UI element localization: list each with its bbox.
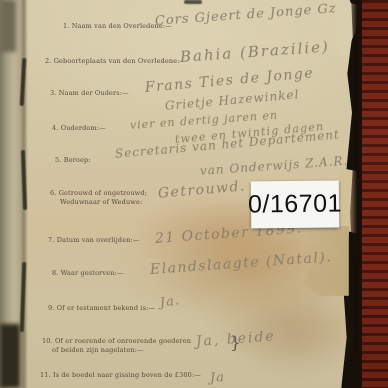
- form-field-label-10: 10. Of er roerende of onroerende goedere…: [42, 338, 191, 345]
- handwritten-estate-answer: Ja: [209, 370, 225, 386]
- form-field-label-5: 5. Beroep:: [55, 157, 91, 164]
- form-field-label-4: 4. Ouderdom:—: [52, 125, 106, 132]
- document-photo: 1. Naam van den Overledene:— 2. Geboorte…: [0, 0, 388, 388]
- form-field-label-6: 6. Getrouwd of ongetrouwd;: [50, 190, 147, 197]
- form-field-label-6b: Weduwnaar of Weduwe:: [60, 199, 142, 206]
- form-field-label-10b: of beiden zijn nagelaten:—: [52, 347, 144, 354]
- archive-number-text: 0/16701: [248, 190, 342, 220]
- form-field-label-7: 7. Datum van overlijden:—: [48, 237, 140, 244]
- archive-number-sticker: 0/16701: [251, 181, 339, 229]
- shadow-bottom-left: [0, 324, 20, 388]
- form-field-label-8: 8. Waar gestorven:—: [52, 270, 124, 277]
- wooden-table: [362, 0, 388, 388]
- shadow-top-left: [0, 0, 16, 52]
- form-field-label-2: 2. Geboorteplaats van den Overledene:—: [45, 58, 186, 65]
- header-remnant-mark: [184, 0, 202, 4]
- handwritten-testament-answer: Ja.: [159, 293, 181, 311]
- form-field-label-11: 11. Is de boedel naar gissing boven de £…: [40, 372, 201, 379]
- form-field-label-3: 3. Naam der Ouders:—: [50, 90, 129, 97]
- form-field-label-9: 9. Of er testament bekend is:—: [48, 305, 155, 312]
